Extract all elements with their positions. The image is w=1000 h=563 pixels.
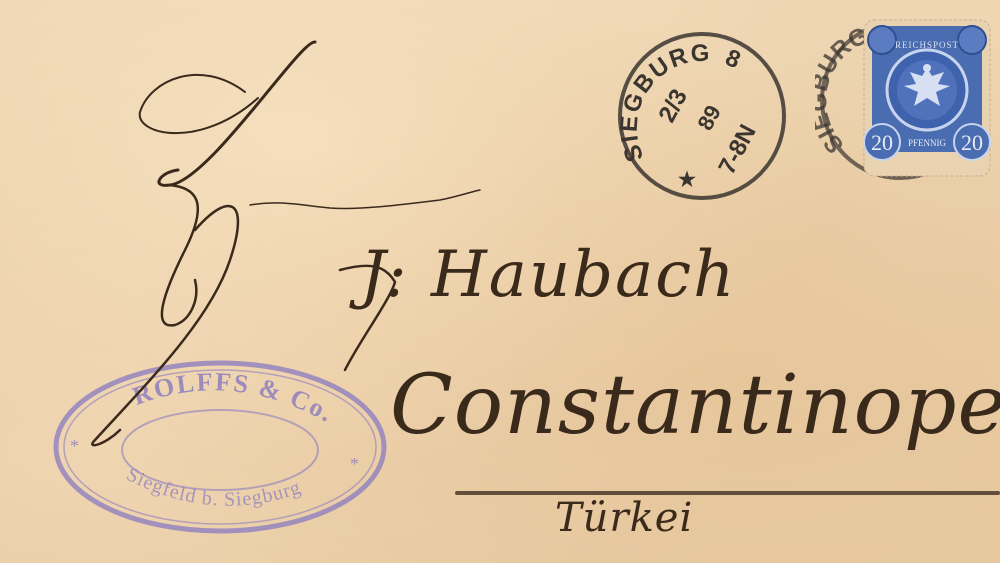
postage-stamp: REICHSPOST 20 20 PFENNIG bbox=[862, 18, 992, 178]
postmark: SIEGBURG8 2/3 89 7-8N ★ bbox=[614, 28, 790, 204]
asterisk-icon: * bbox=[350, 454, 359, 474]
stamp-value-right: 20 bbox=[961, 130, 983, 155]
postmark-year: 89 bbox=[692, 101, 726, 134]
postmark-date: 2/3 bbox=[653, 85, 693, 127]
stamp-top-text: REICHSPOST bbox=[895, 40, 959, 50]
stamp-value-left: 20 bbox=[871, 130, 893, 155]
city-underline bbox=[455, 491, 1000, 495]
address-recipient: J: Haubach bbox=[360, 238, 736, 312]
stamp-denomination: PFENNIG bbox=[908, 138, 947, 148]
postmark-time: 7-8N bbox=[713, 120, 761, 179]
address-city: Constantinopel bbox=[390, 358, 1000, 453]
address-country: Türkei bbox=[555, 495, 693, 541]
star-icon: ★ bbox=[678, 169, 696, 191]
asterisk-icon: * bbox=[70, 436, 79, 456]
company-handstamp: ROLFFS & Co. Siegfeld b. Siegburg * * bbox=[52, 358, 388, 536]
company-location: Siegfeld b. Siegburg bbox=[123, 463, 304, 510]
